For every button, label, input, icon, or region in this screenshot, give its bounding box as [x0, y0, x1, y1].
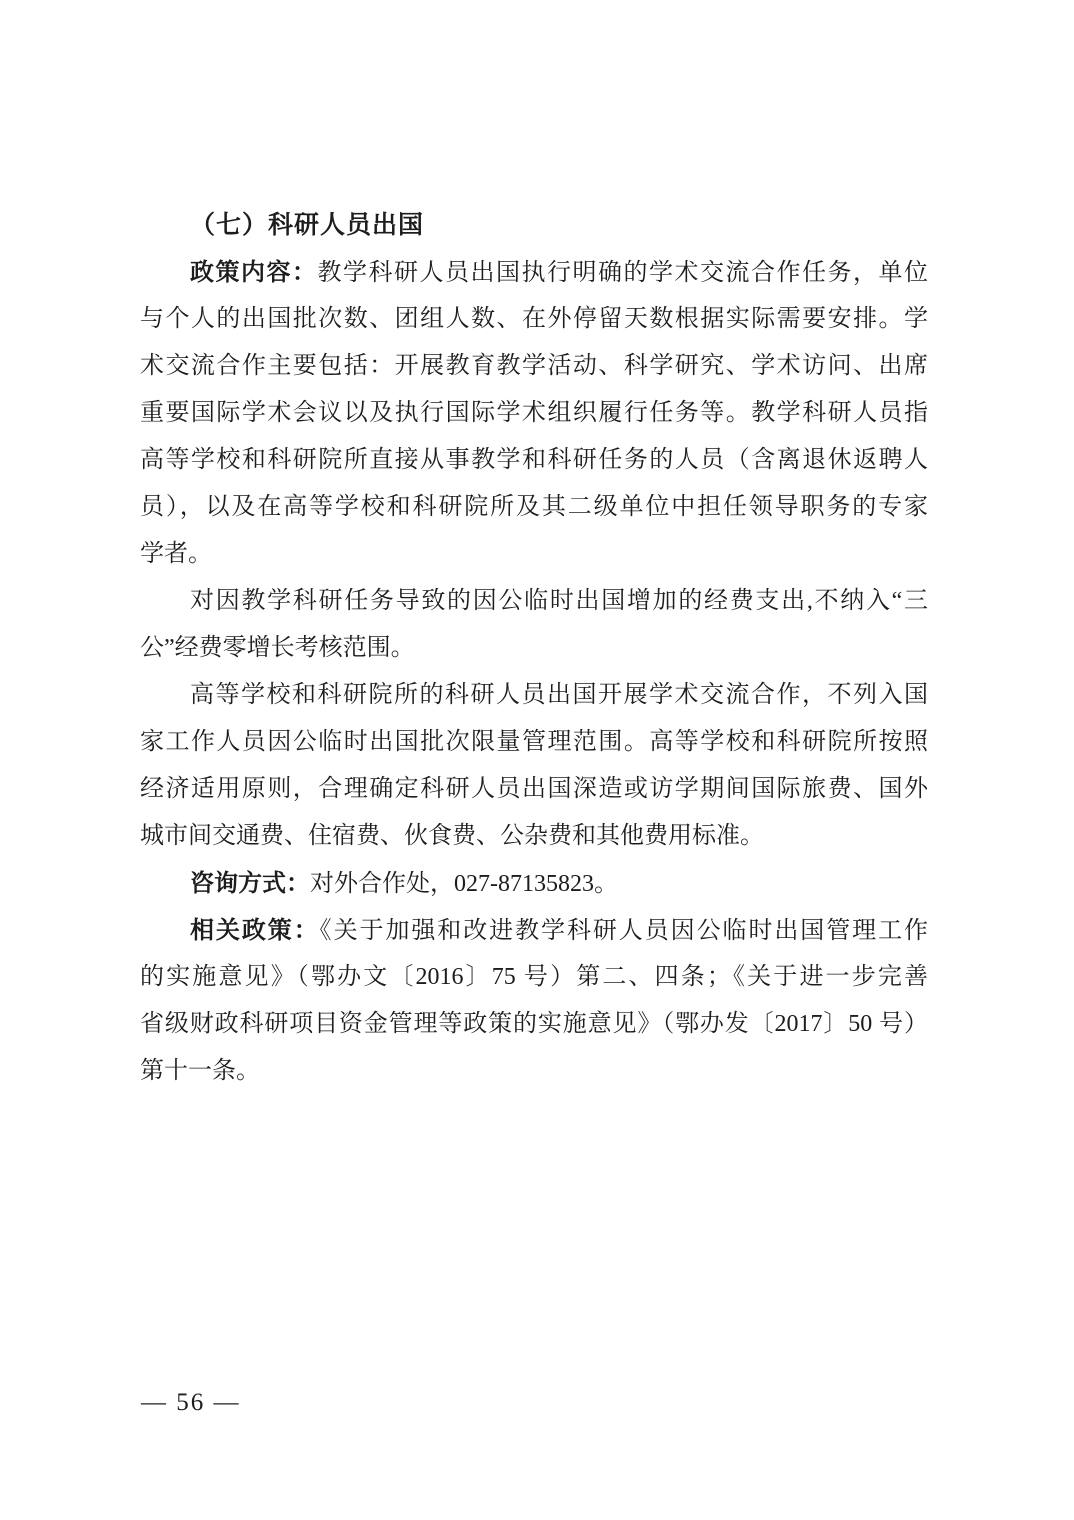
related-policy-label: 相关政策： — [190, 917, 320, 944]
page-number: — 56 — — [141, 1388, 241, 1418]
text-line: 第十一条。 — [140, 1048, 928, 1095]
text-line: 对因教学科研任务导致的因公临时出国增加的经费支出,不纳入“三 — [140, 578, 928, 625]
line-text: 对外合作处，027-87135823。 — [310, 871, 618, 897]
text-line: 术交流合作主要包括：开展教育教学活动、科学研究、学术访问、出席 — [140, 343, 928, 390]
text-line: 省级财政科研项目资金管理等政策的实施意见》（鄂办发〔2017〕50 号） — [140, 1001, 928, 1048]
text-line: 家工作人员因公临时出国批次限量管理范围。高等学校和科研院所按照 — [140, 719, 928, 766]
text-line: 政策内容：教学科研人员出国执行明确的学术交流合作任务，单位 — [140, 249, 928, 296]
line-text: 《关于加强和改进教学科研人员因公临时出国管理工作 — [320, 918, 928, 944]
line-text: 教学科研人员出国执行明确的学术交流合作任务，单位 — [318, 260, 929, 286]
text-line: 员），以及在高等学校和科研院所及其二级单位中担任领导职务的专家 — [140, 484, 928, 531]
text-line: 公”经费零增长考核范围。 — [140, 625, 928, 672]
text-line: 相关政策：《关于加强和改进教学科研人员因公临时出国管理工作 — [140, 907, 928, 954]
text-line: 咨询方式：对外合作处，027-87135823。 — [140, 860, 928, 907]
text-line: 学者。 — [140, 531, 928, 578]
section-heading: （七）科研人员出国 — [140, 202, 928, 249]
document-page: （七）科研人员出国 政策内容：教学科研人员出国执行明确的学术交流合作任务，单位 … — [0, 0, 1074, 1520]
text-line: 高等学校和科研院所直接从事教学和科研任务的人员（含离退休返聘人 — [140, 437, 928, 484]
document-body: （七）科研人员出国 政策内容：教学科研人员出国执行明确的学术交流合作任务，单位 … — [140, 202, 928, 1095]
policy-content-label: 政策内容： — [190, 259, 318, 286]
contact-method-label: 咨询方式： — [190, 870, 310, 897]
text-line: 的实施意见》（鄂办文〔2016〕75 号）第二、四条；《关于进一步完善 — [140, 954, 928, 1001]
text-line: 经济适用原则，合理确定科研人员出国深造或访学期间国际旅费、国外 — [140, 766, 928, 813]
text-line: 与个人的出国批次数、团组人数、在外停留天数根据实际需要安排。学 — [140, 296, 928, 343]
text-line: 城市间交通费、住宿费、伙食费、公杂费和其他费用标准。 — [140, 813, 928, 860]
text-line: 高等学校和科研院所的科研人员出国开展学术交流合作，不列入国 — [140, 672, 928, 719]
text-line: 重要国际学术会议以及执行国际学术组织履行任务等。教学科研人员指 — [140, 390, 928, 437]
